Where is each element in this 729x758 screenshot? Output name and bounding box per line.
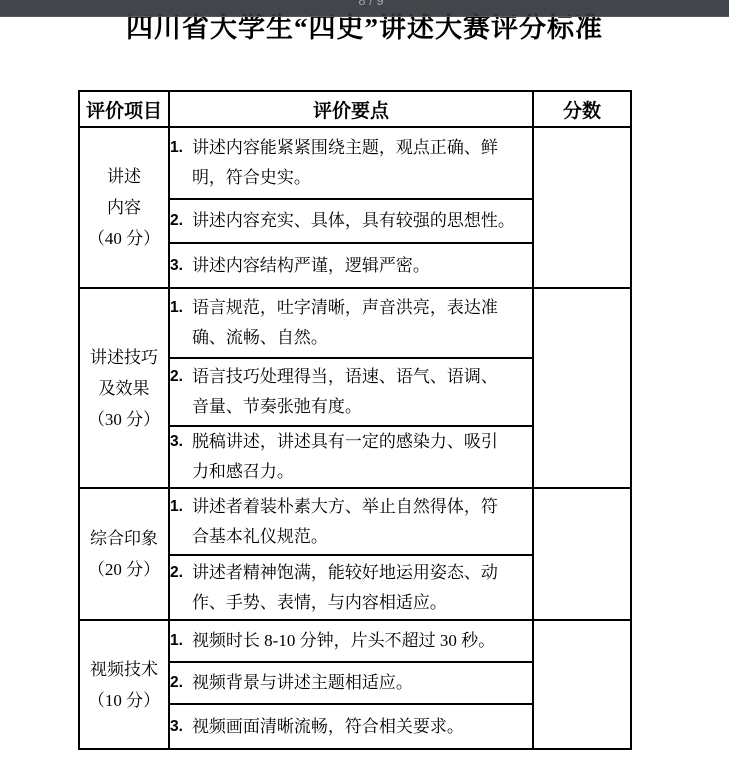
- point-text: 视频画面清晰流畅，符合相关要求。: [192, 712, 532, 742]
- point-text: 讲述内容能紧紧围绕主题，观点正确、鲜 明，符合史实。: [192, 133, 532, 193]
- item-cell-technique: 讲述技巧 及效果 （30 分）: [79, 288, 169, 488]
- point-number: 2.: [170, 362, 183, 392]
- point-cell: 3.脱稿讲述，讲述具有一定的感染力、吸引 力和感召力。: [169, 426, 533, 488]
- point-text: 语言技巧处理得当，语速、语气、语调、 音量、节奏张弛有度。: [192, 362, 532, 422]
- point-cell: 2.语言技巧处理得当，语速、语气、语调、 音量、节奏张弛有度。: [169, 358, 533, 426]
- point-cell: 1.语言规范，吐字清晰，声音洪亮，表达准 确、流畅、自然。: [169, 288, 533, 358]
- column-header-item: 评价项目: [79, 91, 169, 127]
- score-cell-video: [533, 620, 631, 749]
- point-number: 1.: [170, 626, 183, 656]
- point-cell: 2.讲述者精神饱满，能较好地运用姿态、动 作、手势、表情，与内容相适应。: [169, 555, 533, 620]
- point-cell: 1.讲述内容能紧紧围绕主题，观点正确、鲜 明，符合史实。: [169, 127, 533, 199]
- column-header-score: 分数: [533, 91, 631, 127]
- point-number: 2.: [170, 206, 183, 236]
- point-text: 讲述者精神饱满，能较好地运用姿态、动 作、手势、表情，与内容相适应。: [192, 558, 532, 618]
- scoring-table: 评价项目 评价要点 分数 讲述 内容 （40 分） 1.讲述内容能紧紧围绕主题，…: [78, 90, 632, 750]
- item-cell-video: 视频技术 （10 分）: [79, 620, 169, 749]
- table-row: 讲述技巧 及效果 （30 分） 1.语言规范，吐字清晰，声音洪亮，表达准 确、流…: [79, 288, 631, 358]
- score-cell-impression: [533, 488, 631, 620]
- point-number: 2.: [170, 558, 183, 588]
- score-cell-content: [533, 127, 631, 288]
- score-cell-technique: [533, 288, 631, 488]
- point-text: 讲述内容结构严谨，逻辑严密。: [192, 251, 532, 281]
- point-cell: 3.讲述内容结构严谨，逻辑严密。: [169, 243, 533, 288]
- point-cell: 2.视频背景与讲述主题相适应。: [169, 662, 533, 704]
- point-cell: 3.视频画面清晰流畅，符合相关要求。: [169, 704, 533, 749]
- point-text: 视频背景与讲述主题相适应。: [192, 668, 532, 698]
- viewer-toolbar: 8 / 9: [0, 0, 729, 17]
- point-number: 1.: [170, 133, 183, 163]
- point-cell: 1.讲述者着装朴素大方、举止自然得体，符 合基本礼仪规范。: [169, 488, 533, 555]
- point-text: 语言规范，吐字清晰，声音洪亮，表达准 确、流畅、自然。: [192, 293, 532, 353]
- point-cell: 2.讲述内容充实、具体，具有较强的思想性。: [169, 199, 533, 243]
- point-number: 3.: [170, 251, 183, 281]
- table-row: 综合印象 （20 分） 1.讲述者着装朴素大方、举止自然得体，符 合基本礼仪规范…: [79, 488, 631, 555]
- column-header-points: 评价要点: [169, 91, 533, 127]
- table-header-row: 评价项目 评价要点 分数: [79, 91, 631, 127]
- table-row: 讲述 内容 （40 分） 1.讲述内容能紧紧围绕主题，观点正确、鲜 明，符合史实…: [79, 127, 631, 199]
- point-cell: 1.视频时长 8-10 分钟，片头不超过 30 秒。: [169, 620, 533, 662]
- table-row: 视频技术 （10 分） 1.视频时长 8-10 分钟，片头不超过 30 秒。: [79, 620, 631, 662]
- point-text: 讲述者着装朴素大方、举止自然得体，符 合基本礼仪规范。: [192, 492, 532, 552]
- point-text: 讲述内容充实、具体，具有较强的思想性。: [192, 206, 532, 236]
- item-cell-content: 讲述 内容 （40 分）: [79, 127, 169, 288]
- point-number: 1.: [170, 492, 183, 522]
- item-cell-impression: 综合印象 （20 分）: [79, 488, 169, 620]
- point-number: 1.: [170, 293, 183, 323]
- point-number: 3.: [170, 712, 183, 742]
- point-number: 3.: [170, 427, 183, 457]
- point-number: 2.: [170, 668, 183, 698]
- point-text: 视频时长 8-10 分钟，片头不超过 30 秒。: [192, 626, 532, 656]
- point-text: 脱稿讲述，讲述具有一定的感染力、吸引 力和感召力。: [192, 427, 532, 487]
- page-number-indicator[interactable]: 8 / 9: [358, 0, 383, 8]
